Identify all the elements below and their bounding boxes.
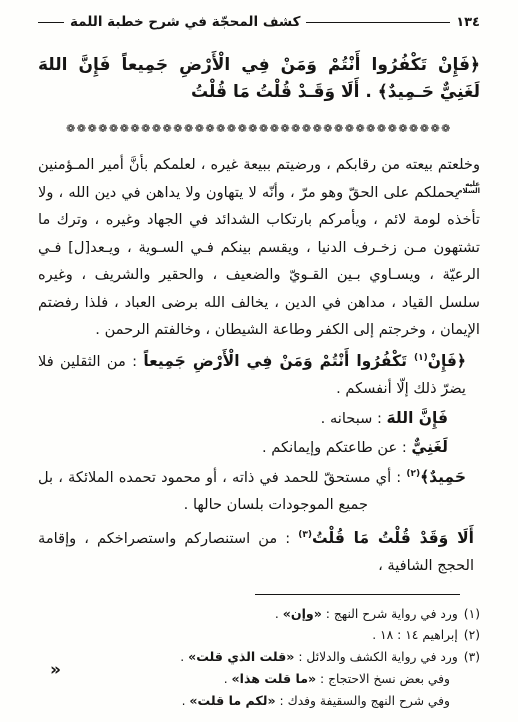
lemma-word: أَلَا وَقَدْ قُلْتُ مَا قُلْتُ [312,529,474,547]
footnote-marker: (٢) [406,469,420,479]
commentary-entry: أَلَا وَقَدْ قُلْتُ مَا قُلْتُ(٣) : من ا… [38,525,480,580]
footnote-text: ورد في رواية الكشف والدلائل : [294,650,457,664]
paragraph-text-1: وخلعتم بيعته من رقابكم ، ورضيتم ببيعة غي… [38,156,480,173]
lemma-word: لَغَنِيٌّ [411,438,448,456]
commentary-text: : عن طاعتكم وإيمانكم . [262,439,411,456]
footnote-variant-quote: «لكم ما قلت» [189,693,275,708]
book-page: ١٣٤ كشف المحجّة في شرح خطبة اللمة ﴿فَإِن… [0,0,518,722]
footnote-number: (١) [464,604,480,625]
footnote-marker: (١) [414,353,428,363]
footnote-number: (٢) [464,625,480,646]
footnote-text: ورد في رواية شرح النهج : [322,607,458,621]
footnote-text: . [180,650,188,664]
footnote-variant-quote: «قلت الذي قلت» [188,649,294,664]
commentary-entry: ﴿فَإِنْ(١) تَكْفُرُوا أَنْتُمْ وَمَنْ فِ… [38,348,480,403]
page-header: ١٣٤ كشف المحجّة في شرح خطبة اللمة [38,14,480,30]
footnote-variant-quote: «وإن» [283,606,322,621]
footnote-marker: (٣) [298,530,312,540]
header-rule-short [38,22,64,23]
footnote-text: وفي شرح النهج والسقيفة وفدك : [276,694,450,708]
commentary-entry: فَإِنَّ اللهَ : سبحانه . [38,405,480,433]
header-rule [306,22,450,23]
lemma-word: ﴿فَإِنْ [428,352,466,370]
footnote-text: . [224,672,232,686]
commentary-text: : أي مستحقّ للحمد في ذاته ، أو محمود تحم… [38,469,406,514]
footnote-item: (٢)إبراهيم ١٤ : ١٨ . [38,625,480,646]
footnote-variant-quote: «ما قلت هذا» [232,671,317,686]
commentary-entry: حَمِيدٌ﴾(٢) : أي مستحقّ للحمد في ذاته ، … [38,464,480,519]
footnote-continuation: وفي بعض نسخ الاحتجاج : «ما قلت هذا» . [38,668,480,690]
commentary-entry: لَغَنِيٌّ : عن طاعتكم وإيمانكم . [38,434,480,462]
margin-guillemet-mark: « [50,660,61,680]
lemma-word: تَكْفُرُوا أَنْتُمْ وَمَنْ فِي الْأَرْضِ… [143,352,414,370]
footnote-item: (٣)ورد في رواية الكشف والدلائل : «قلت ال… [38,646,480,668]
lemma-word: فَإِنَّ اللهَ [387,409,448,427]
book-title: كشف المحجّة في شرح خطبة اللمة [70,14,300,30]
alayhis-salam-honorific: عليه السلام [464,181,480,195]
footnotes: (١)ورد في رواية شرح النهج : «وإن» . (٢)إ… [38,603,480,712]
paragraph-text-2: يحملكم على الحقّ وهو مرّ ، وأنّه لا يتها… [38,184,480,339]
ornament-separator: ❁❁❁❁❁❁❁❁❁❁❁❁❁❁❁❁❁❁❁❁❁❁❁❁❁❁❁❁❁❁❁❁❁❁❁❁ [38,122,480,135]
body-paragraph: وخلعتم بيعته من رقابكم ، ورضيتم ببيعة غي… [38,151,480,344]
footnote-text: إبراهيم ١٤ : ١٨ . [372,628,458,642]
commentary-text: : سبحانه . [321,410,387,427]
footnote-text: وفي بعض نسخ الاحتجاج : [316,672,450,686]
footnote-separator-rule [255,594,460,595]
lemma-word: حَمِيدٌ﴾ [420,468,466,486]
footnote-number: (٣) [464,647,480,668]
footnote-continuation: وفي شرح النهج والسقيفة وفدك : «لكم ما قل… [38,690,480,712]
footnote-item: (١)ورد في رواية شرح النهج : «وإن» . [38,603,480,625]
footnote-text: . [275,607,283,621]
page-number: ١٣٤ [456,15,480,30]
khutba-verse-quote: ﴿فَإِنْ تَكْفُرُوا أَنْتُمْ وَمَنْ فِي ا… [38,52,480,106]
